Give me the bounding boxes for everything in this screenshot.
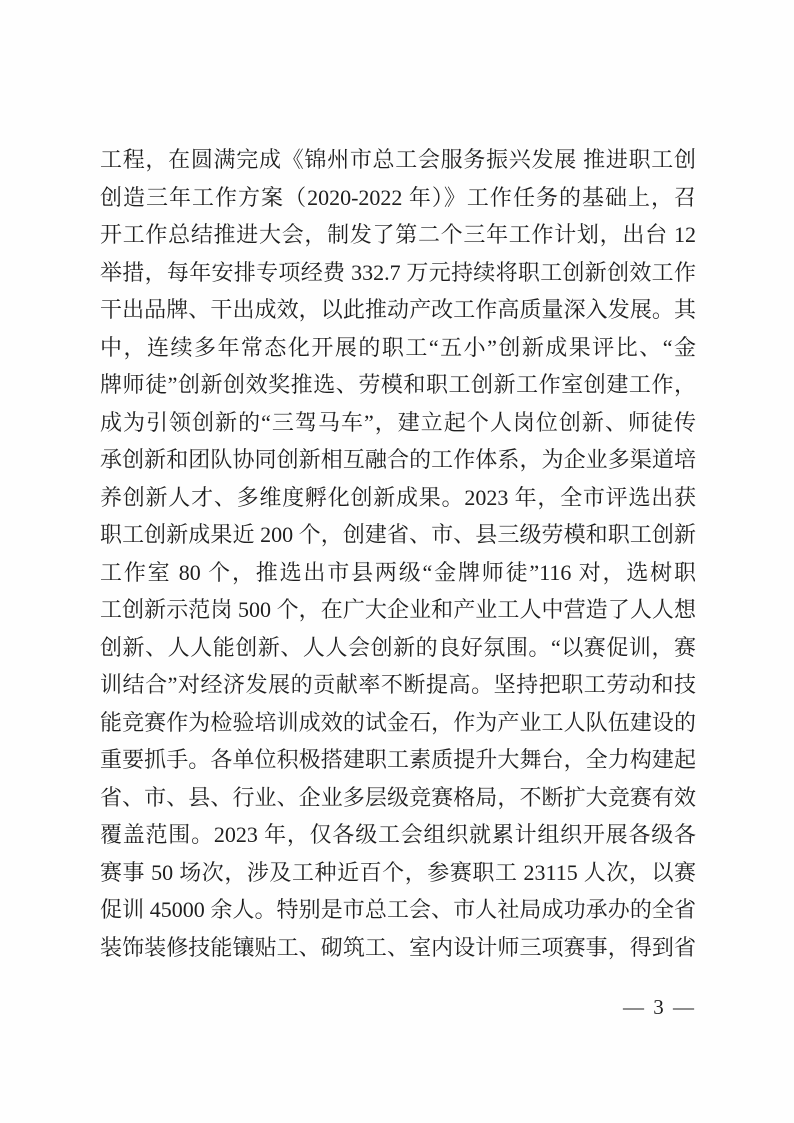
body-text: 工程，在圆满完成《锦州市总工会服务振兴发展 推进职工创新 创造三年工作方案（20… (100, 141, 696, 966)
text-line: 赛事 50 场次，涉及工种近百个，参赛职工 23115 人次，以赛 (100, 854, 696, 892)
text-line: 训结合”对经济发展的贡献率不断提高。坚持把职工劳动和技 (100, 666, 696, 704)
text-line: 工创新示范岗 500 个，在广大企业和产业工人中营造了人人想 (100, 591, 696, 629)
page-number: — 3 — (100, 994, 696, 1020)
text-line: 养创新人才、多维度孵化创新成果。2023 年，全市评选出获奖 (100, 479, 696, 517)
text-line: 覆盖范围。2023 年，仅各级工会组织就累计组织开展各级各类 (100, 816, 696, 854)
text-line: 促训 45000 余人。特别是市总工会、市人社局成功承办的全省 (100, 891, 696, 929)
text-line: 创新、人人能创新、人人会创新的良好氛围。“以赛促训，赛 (100, 629, 696, 667)
text-line: 省、市、县、行业、企业多层级竞赛格局，不断扩大竞赛有效 (100, 779, 696, 817)
text-line: 牌师徒”创新创效奖推选、劳模和职工创新工作室创建工作， (100, 366, 696, 404)
text-line: 中，连续多年常态化开展的职工“五小”创新成果评比、“金 (100, 329, 696, 367)
text-line: 干出品牌、干出成效，以此推动产改工作高质量深入发展。其 (100, 291, 696, 329)
text-line: 重要抓手。各单位积极搭建职工素质提升大舞台，全力构建起 (100, 741, 696, 779)
text-line: 开工作总结推进大会，制发了第二个三年工作计划，出台 12 项 (100, 216, 696, 254)
text-line: 职工创新成果近 200 个，创建省、市、县三级劳模和职工创新 (100, 516, 696, 554)
text-line: 工作室 80 个，推选出市县两级“金牌师徒”116 对，选树职 (100, 554, 696, 592)
text-line: 举措，每年安排专项经费 332.7 万元持续将职工创新创效工作 (100, 254, 696, 292)
text-line: 工程，在圆满完成《锦州市总工会服务振兴发展 推进职工创新 (100, 141, 696, 179)
text-line: 承创新和团队协同创新相互融合的工作体系，为企业多渠道培 (100, 441, 696, 479)
text-line: 创造三年工作方案（2020-2022 年）》工作任务的基础上，召 (100, 179, 696, 217)
text-line: 装饰装修技能镶贴工、砌筑工、室内设计师三项赛事，得到省 (100, 929, 696, 967)
document-page: 工程，在圆满完成《锦州市总工会服务振兴发展 推进职工创新 创造三年工作方案（20… (0, 0, 794, 1123)
text-line: 成为引领创新的“三驾马车”，建立起个人岗位创新、师徒传 (100, 404, 696, 442)
text-line: 能竞赛作为检验培训成效的试金石，作为产业工人队伍建设的 (100, 704, 696, 742)
